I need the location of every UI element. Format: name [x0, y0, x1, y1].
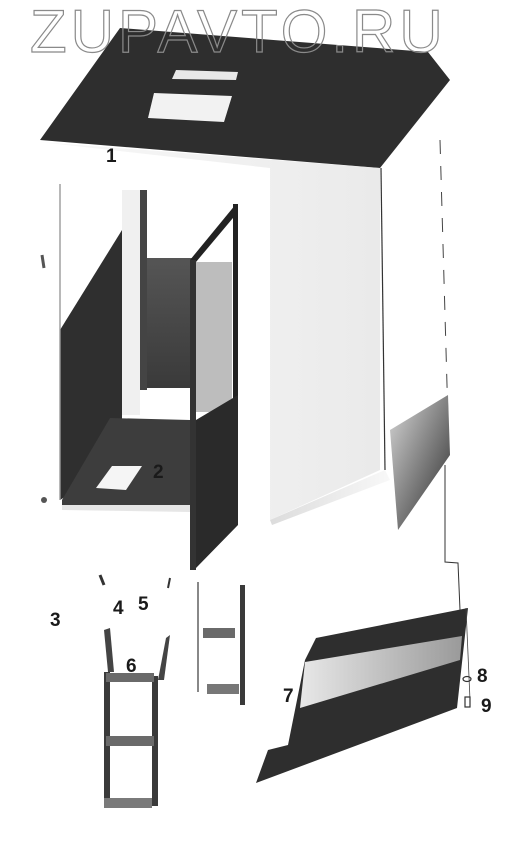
exploded-parts-diagram: [0, 0, 522, 846]
callout-2: 2: [153, 462, 164, 484]
callout-5: 5: [138, 594, 149, 616]
callout-6: 6: [126, 656, 137, 678]
watermark-text: ZUPAVTO.RU: [30, 2, 447, 62]
callout-7: 7: [283, 686, 294, 708]
callout-9: 9: [481, 696, 492, 718]
callout-8: 8: [477, 666, 488, 688]
step-ladder-right: [197, 582, 245, 705]
step-ladder-left: [104, 628, 170, 808]
washer-icon: [463, 677, 471, 682]
callout-3: 3: [50, 610, 61, 632]
cab-body-part: [40, 140, 460, 610]
callout-1: 1: [106, 146, 117, 168]
callout-4: 4: [113, 598, 124, 620]
bolt-icon: [465, 697, 470, 707]
